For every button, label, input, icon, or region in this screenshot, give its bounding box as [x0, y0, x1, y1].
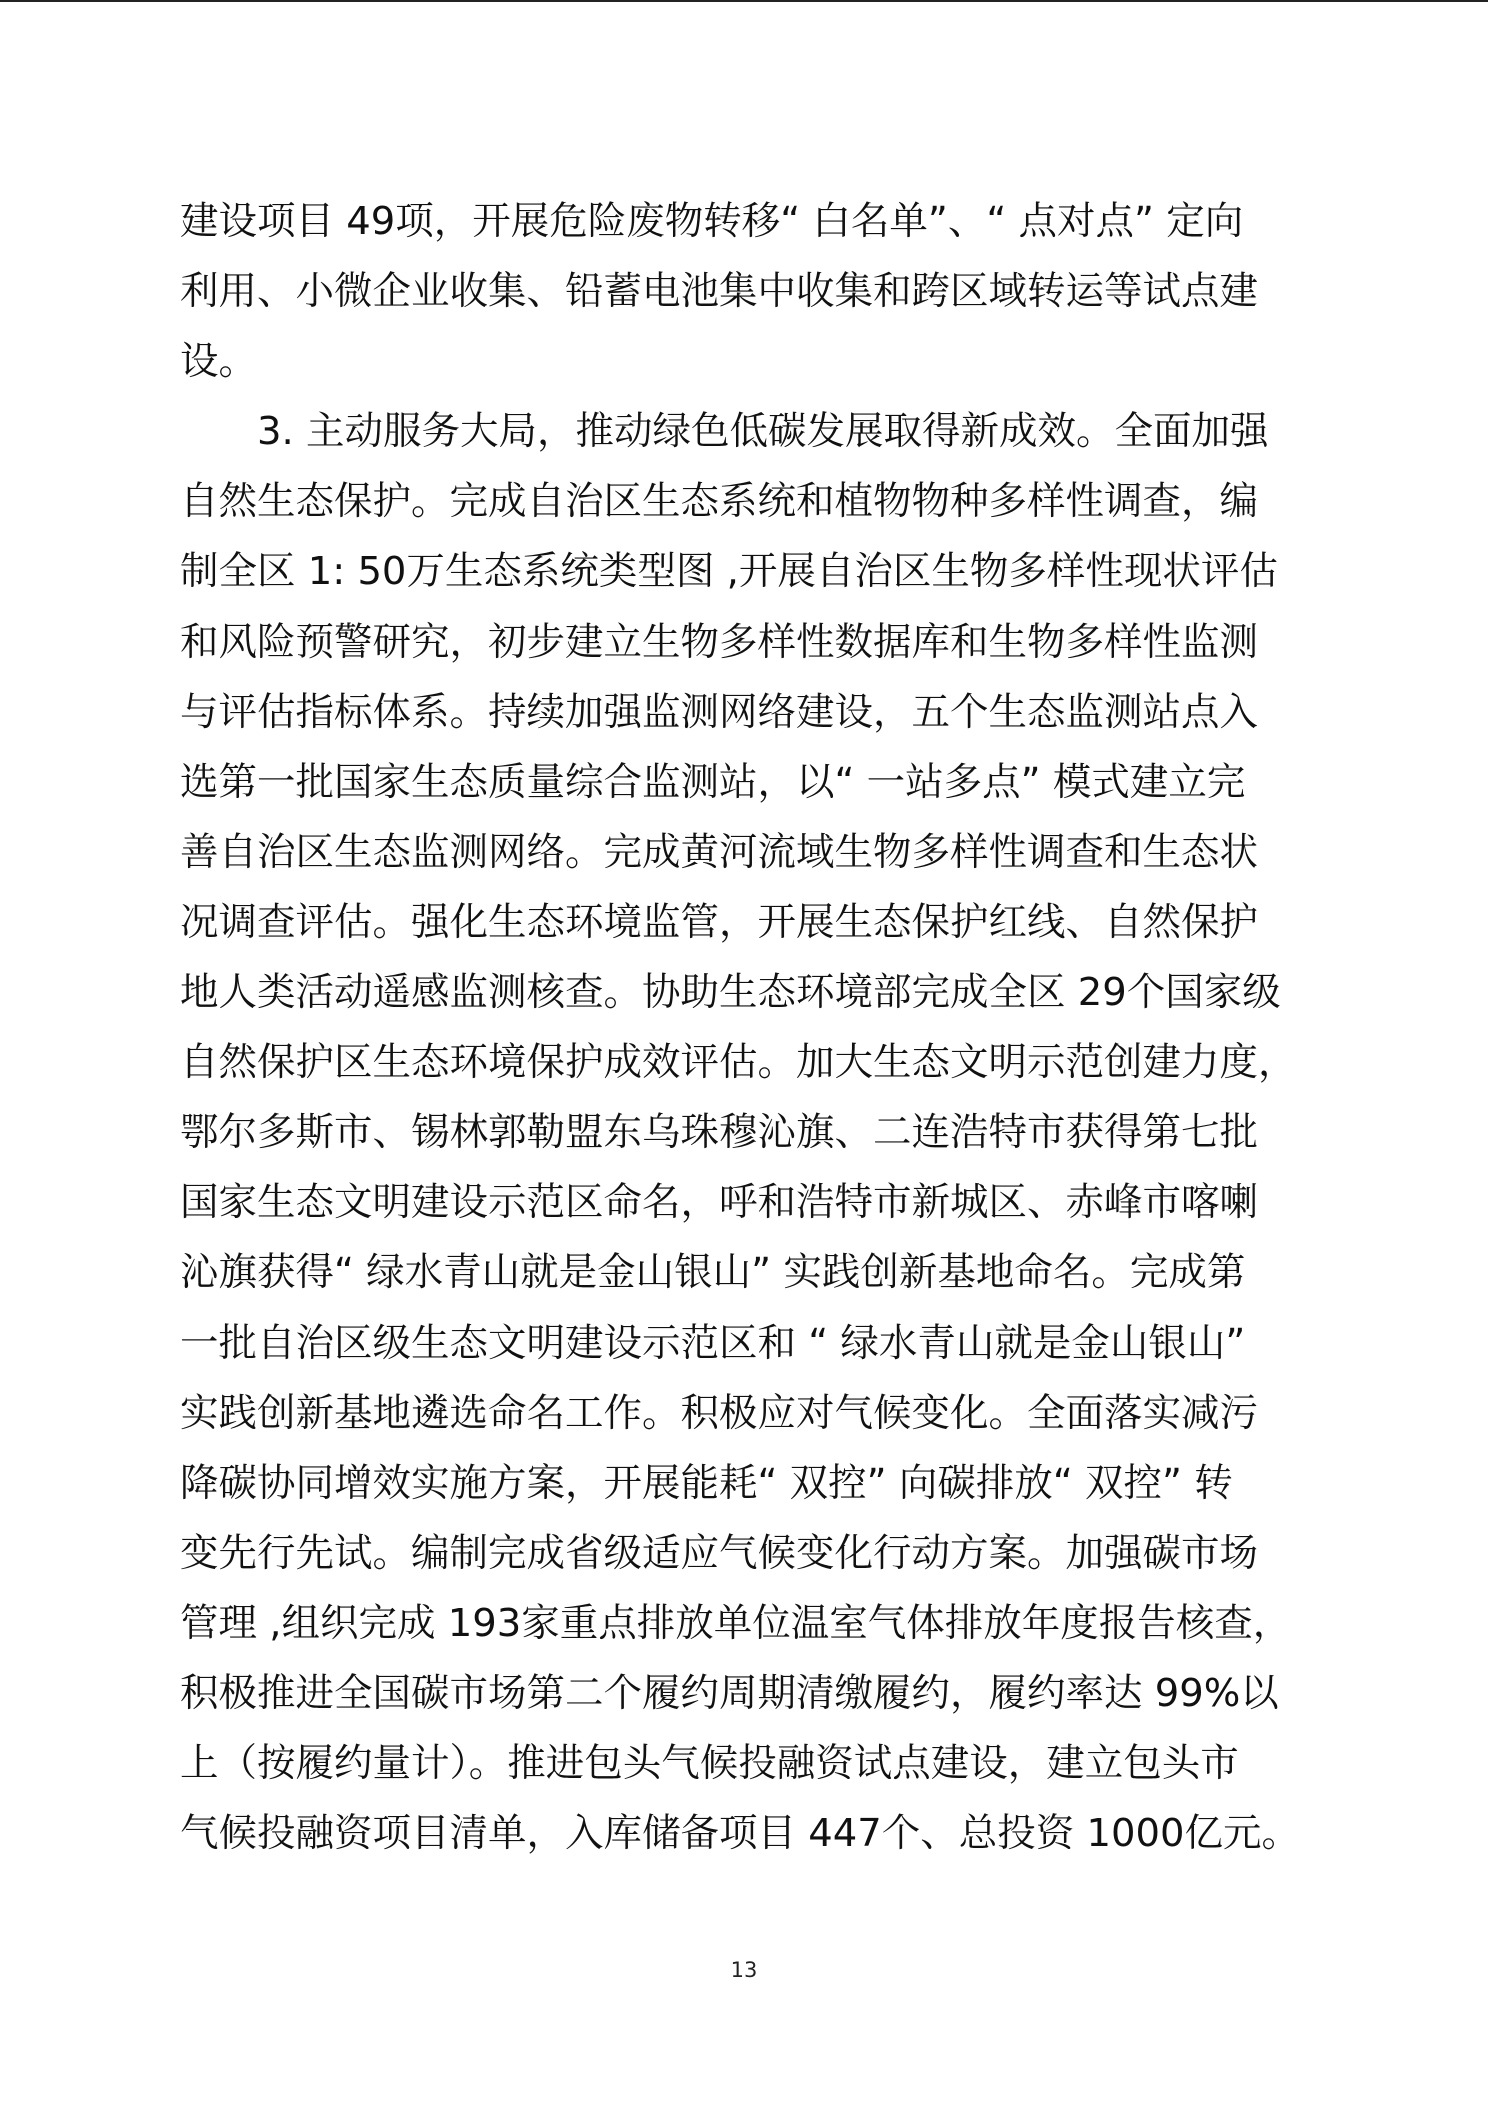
text-line: 管理 ,组织完成 193家重点排放单位温室气体排放年度报告核查，	[180, 1589, 1305, 1659]
text-line: 利用、小微企业收集、铅蓄电池集中收集和跨区域转运等试点建	[180, 257, 1305, 327]
text-line: 鄂尔多斯市、锡林郭勒盟东乌珠穆沁旗、二连浩特市获得第七批	[180, 1098, 1305, 1168]
page-number: 13	[0, 1958, 1488, 1982]
text-line: 和风险预警研究，初步建立生物多样性数据库和生物多样性监测	[180, 608, 1305, 678]
text-line: 自然生态保护。完成自治区生态系统和植物物种多样性调查，编	[180, 467, 1305, 537]
text-line: 制全区 1: 50万生态系统类型图 ,开展自治区生物多样性现状评估	[180, 537, 1305, 607]
document-body: 建设项目 49项，开展危险废物转移“ 白名单”、“ 点对点” 定向 利用、小微企…	[180, 187, 1305, 1869]
text-line: 一批自治区级生态文明建设示范区和 “ 绿水青山就是金山银山”	[180, 1309, 1305, 1379]
text-line: 地人类活动遥感监测核查。协助生态环境部完成全区 29个国家级	[180, 958, 1305, 1028]
text-line: 积极推进全国碳市场第二个履约周期清缴履约，履约率达 99%以	[180, 1659, 1305, 1729]
text-line: 国家生态文明建设示范区命名，呼和浩特市新城区、赤峰市喀喇	[180, 1168, 1305, 1238]
paragraph-continuation: 建设项目 49项，开展危险废物转移“ 白名单”、“ 点对点” 定向 利用、小微企…	[180, 187, 1305, 397]
text-line: 自然保护区生态环境保护成效评估。加大生态文明示范创建力度，	[180, 1028, 1305, 1098]
text-line: 选第一批国家生态质量综合监测站，以“ 一站多点” 模式建立完	[180, 748, 1305, 818]
page-top-border	[0, 0, 1488, 2]
text-line: 沁旗获得“ 绿水青山就是金山银山” 实践创新基地命名。完成第	[180, 1238, 1305, 1308]
text-line: 况调查评估。强化生态环境监管，开展生态保护红线、自然保护	[180, 888, 1305, 958]
text-line: 与评估指标体系。持续加强监测网络建设，五个生态监测站点入	[180, 678, 1305, 748]
text-line: 建设项目 49项，开展危险废物转移“ 白名单”、“ 点对点” 定向	[180, 187, 1305, 257]
section-heading-line: 3. 主动服务大局，推动绿色低碳发展取得新成效。全面加强	[180, 397, 1305, 467]
paragraph-section-3: 3. 主动服务大局，推动绿色低碳发展取得新成效。全面加强 自然生态保护。完成自治…	[180, 397, 1305, 1869]
text-line: 上（按履约量计）。推进包头气候投融资试点建设，建立包头市	[180, 1729, 1305, 1799]
text-line: 气候投融资项目清单，入库储备项目 447个、总投资 1000亿元。	[180, 1799, 1305, 1869]
text-line: 善自治区生态监测网络。完成黄河流域生物多样性调查和生态状	[180, 818, 1305, 888]
text-line: 设。	[180, 327, 1305, 397]
text-line: 变先行先试。编制完成省级适应气候变化行动方案。加强碳市场	[180, 1519, 1305, 1589]
text-line: 降碳协同增效实施方案，开展能耗“ 双控” 向碳排放“ 双控” 转	[180, 1449, 1305, 1519]
text-line: 实践创新基地遴选命名工作。积极应对气候变化。全面落实减污	[180, 1379, 1305, 1449]
